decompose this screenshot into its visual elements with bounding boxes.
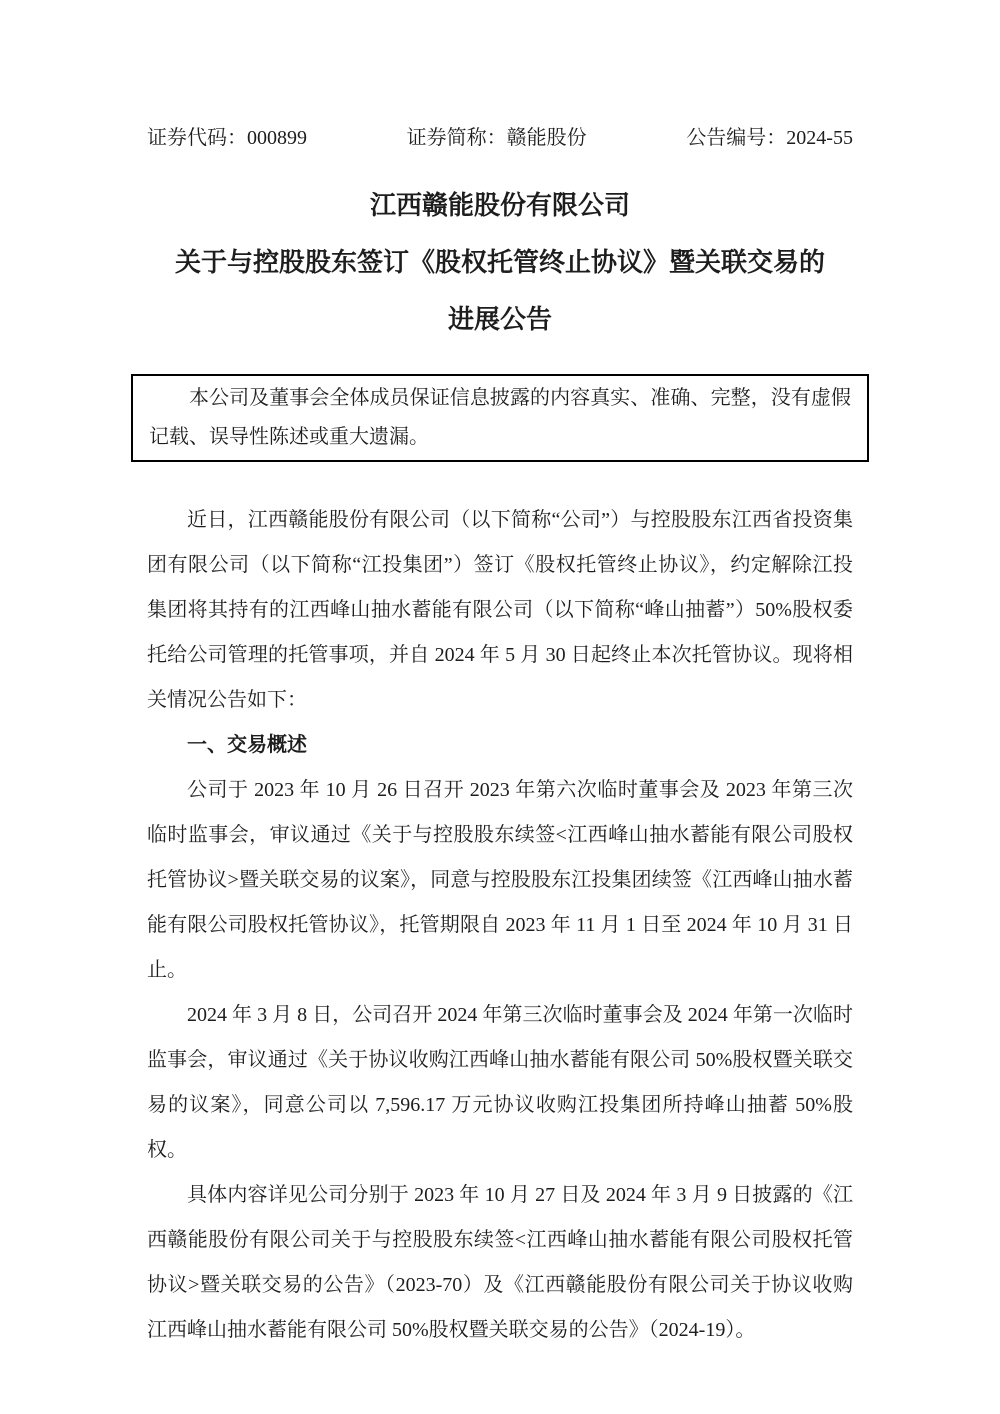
- section-heading-transaction-overview: 一、交易概述: [147, 723, 853, 768]
- disclaimer-text: 本公司及董事会全体成员保证信息披露的内容真实、准确、完整，没有虚假记载、误导性陈…: [149, 379, 851, 457]
- title-line-company: 江西赣能股份有限公司: [147, 177, 853, 234]
- document-content: 证券代码：000899 证券简称：赣能股份 公告编号：2024-55 江西赣能股…: [147, 0, 853, 1353]
- paragraph-reference-announcements: 具体内容详见公司分别于 2023 年 10 月 27 日及 2024 年 3 月…: [147, 1173, 853, 1353]
- document-title: 江西赣能股份有限公司 关于与控股股东签订《股权托管终止协议》暨关联交易的 进展公…: [147, 177, 853, 348]
- stock-code: 证券代码：000899: [147, 126, 307, 150]
- title-line-type: 进展公告: [147, 291, 853, 348]
- title-line-subject: 关于与控股股东签订《股权托管终止协议》暨关联交易的: [147, 234, 853, 291]
- paragraph-intro: 近日，江西赣能股份有限公司（以下简称“公司”）与控股股东江西省投资集团有限公司（…: [147, 498, 853, 723]
- document-body: 近日，江西赣能股份有限公司（以下简称“公司”）与控股股东江西省投资集团有限公司（…: [147, 498, 853, 1353]
- announcement-number: 公告编号：2024-55: [686, 126, 853, 150]
- stock-short-name: 证券简称：赣能股份: [407, 126, 587, 150]
- paragraph-board-meeting-2023: 公司于 2023 年 10 月 26 日召开 2023 年第六次临时董事会及 2…: [147, 768, 853, 993]
- document-page: 证券代码：000899 证券简称：赣能股份 公告编号：2024-55 江西赣能股…: [0, 0, 1000, 1414]
- paragraph-board-meeting-2024: 2024 年 3 月 8 日，公司召开 2024 年第三次临时董事会及 2024…: [147, 993, 853, 1173]
- disclaimer-box: 本公司及董事会全体成员保证信息披露的内容真实、准确、完整，没有虚假记载、误导性陈…: [131, 374, 869, 462]
- document-header: 证券代码：000899 证券简称：赣能股份 公告编号：2024-55: [147, 126, 853, 150]
